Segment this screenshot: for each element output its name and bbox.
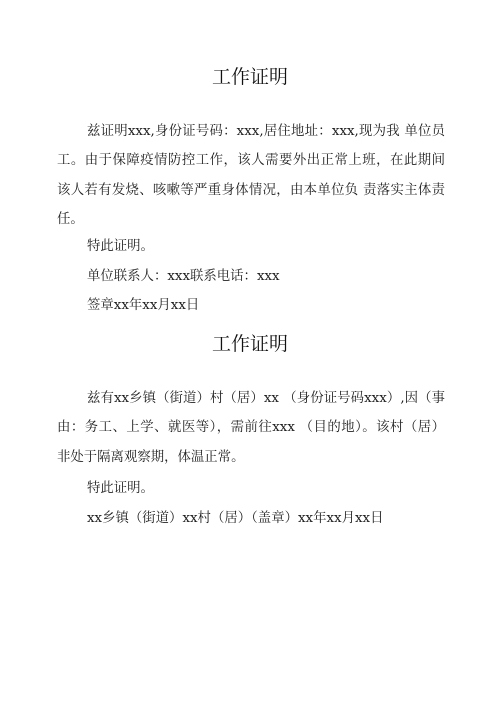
section2-closing: 特此证明。 (87, 479, 154, 499)
document-page: 工作证明 兹证明xxx,身份证号码：xxx,居住地址：xxx,现为我 单位员工。… (0, 0, 500, 706)
section1-title: 工作证明 (0, 65, 500, 89)
section2-title: 工作证明 (0, 332, 500, 356)
section1-signature: 签章xx年xx月xx日 (87, 296, 199, 316)
section1-body-paragraph: 兹证明xxx,身份证号码：xxx,居住地址：xxx,现为我 单位员工。由于保障疫… (57, 117, 445, 234)
section1-closing: 特此证明。 (87, 237, 154, 257)
section2-signature: xx乡镇（街道）xx村（居）（盖章）xx年xx月xx日 (87, 509, 383, 529)
section1-contact: 单位联系人：xxx联系电话：xxx (87, 267, 280, 287)
section2-body-paragraph: 兹有xx乡镇（街道）村（居）xx （身份证号码xxx）,因（事由：务工、上学、就… (57, 384, 445, 472)
